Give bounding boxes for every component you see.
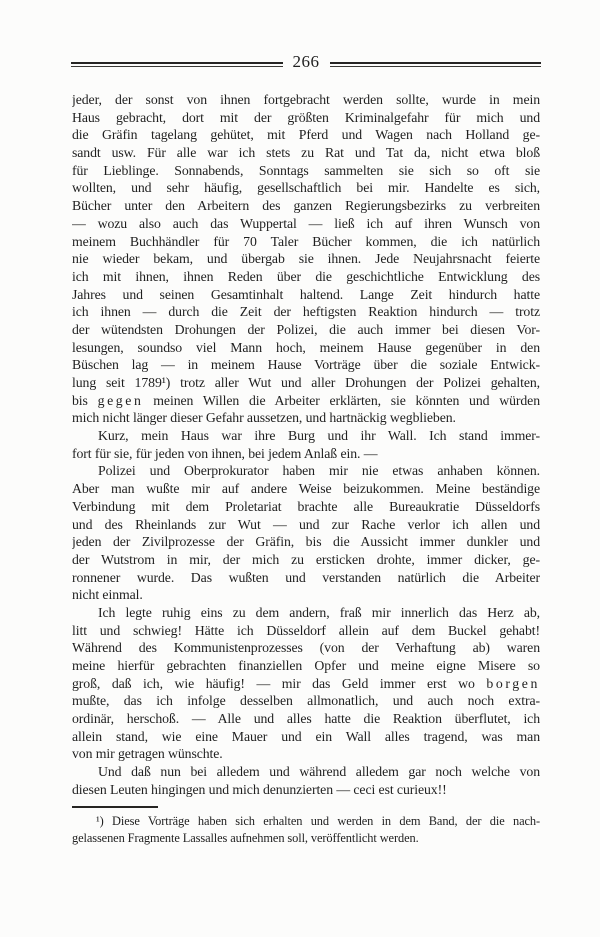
text-segment: bis xyxy=(72,393,98,408)
text-line: Während des Kommunistenprozesses (von de… xyxy=(72,639,540,657)
text-line: wollten, und sehr häufig, gesellschaftli… xyxy=(72,179,540,197)
emphasized-word: gegen xyxy=(98,393,144,408)
body-text: jeder, der sonst von ihnen fortgebracht … xyxy=(72,91,540,799)
text-line: litt und schwieg! Hätte ich Düsseldorf a… xyxy=(72,622,540,640)
text-line: lesungen, soundso viel Mann hoch, meinem… xyxy=(72,339,540,357)
text-line: Polizei und Oberprokurator haben mir nie… xyxy=(72,462,540,480)
footnote-line: ¹) Diese Vorträge haben sich erhalten un… xyxy=(72,813,540,830)
footnote-line: gelassenen Fragmente Lassalles aufnehmen… xyxy=(72,830,540,847)
emphasized-word: borgen xyxy=(486,676,540,691)
text-line: Bücher unter den Arbeitern des ganzen Re… xyxy=(72,197,540,215)
text-line: die Gräfin tagelang gehütet, mit Pferd u… xyxy=(72,126,540,144)
text-line: mich nicht länger dieser Gefahr aussetze… xyxy=(72,409,540,427)
text-line: ordinär, herschoß. — Alle und alles hatt… xyxy=(72,710,540,728)
text-line: meine hierfür gebrachten finanziellen Op… xyxy=(72,657,540,675)
text-line: für Lieblinge. Sonnabends, Sonntags samm… xyxy=(72,162,540,180)
footnote: ¹) Diese Vorträge haben sich erhalten un… xyxy=(72,813,540,847)
footnote-separator xyxy=(72,806,158,808)
text-line: Verbindung mit dem Proletariat brachte a… xyxy=(72,498,540,516)
text-line: sandt usw. Für alle war ich stets zu Rat… xyxy=(72,144,540,162)
text-line: meinem Buchhändler für 70 Taler Bücher k… xyxy=(72,233,540,251)
text-line: — wozu also auch das Wuppertal — ließ ic… xyxy=(72,215,540,233)
text-line: Ich legte ruhig eins zu dem andern, fraß… xyxy=(72,604,540,622)
text-line: bis gegen meinen Willen die Arbeiter erk… xyxy=(72,392,540,410)
header-rule-right xyxy=(330,62,542,67)
text-line: ronnener wurde. Das wußten und verstande… xyxy=(72,569,540,587)
text-line: der Wutstrom in mir, der mich zu erstick… xyxy=(72,551,540,569)
text-line: und des Rheinlands zur Wut — und zur Rac… xyxy=(72,516,540,534)
text-line: jeder, der sonst von ihnen fortgebracht … xyxy=(72,91,540,109)
text-line: Und daß nun bei alledem und während alle… xyxy=(72,763,540,781)
text-line: ich mit ihnen, ihnen Reden über die gesc… xyxy=(72,268,540,286)
book-page: 266 jeder, der sonst von ihnen fortgebra… xyxy=(0,0,600,937)
text-line: nicht einmal. xyxy=(72,586,540,604)
text-line: groß, daß ich, wie häufig! — mir das Gel… xyxy=(72,675,540,693)
page-number: 266 xyxy=(283,50,330,74)
header-rule-left xyxy=(71,62,283,67)
page-header: 266 xyxy=(71,50,541,74)
text-line: der wütendsten Drohungen der Polizei, di… xyxy=(72,321,540,339)
text-line: Jahres und seinen Gesamtinhalt haltend. … xyxy=(72,286,540,304)
text-line: Büschen lag — in meinem Hause Vorträge ü… xyxy=(72,356,540,374)
text-line: fort für sie, für jeden von ihnen, bei j… xyxy=(72,445,540,463)
text-line: Aber man wußte mir auf andere Weise beiz… xyxy=(72,480,540,498)
text-line: Kurz, mein Haus war ihre Burg und ihr Wa… xyxy=(72,427,540,445)
text-line: Haus gebracht, dort mit der größten Krim… xyxy=(72,109,540,127)
text-line: von mir getragen wünschte. xyxy=(72,745,540,763)
text-line: allein stand, wie eine Mauer und ein Wal… xyxy=(72,728,540,746)
text-line: jeden der Zivilprozesse der Gräfin, bis … xyxy=(72,533,540,551)
text-line: ich ihnen — durch die Zeit der heftigste… xyxy=(72,303,540,321)
text-line: nie wieder bekam, und übergab sie ihnen.… xyxy=(72,250,540,268)
text-segment: groß, daß ich, wie häufig! — mir das Gel… xyxy=(72,676,486,691)
text-segment: meinen Willen die Arbeiter erklärten, si… xyxy=(144,393,540,408)
text-line: lung seit 1789¹) trotz aller Wut und all… xyxy=(72,374,540,392)
text-line: diesen Leuten hingingen und mich denunzi… xyxy=(72,781,540,799)
text-line: mußte, das ich infolge desselben allmona… xyxy=(72,692,540,710)
